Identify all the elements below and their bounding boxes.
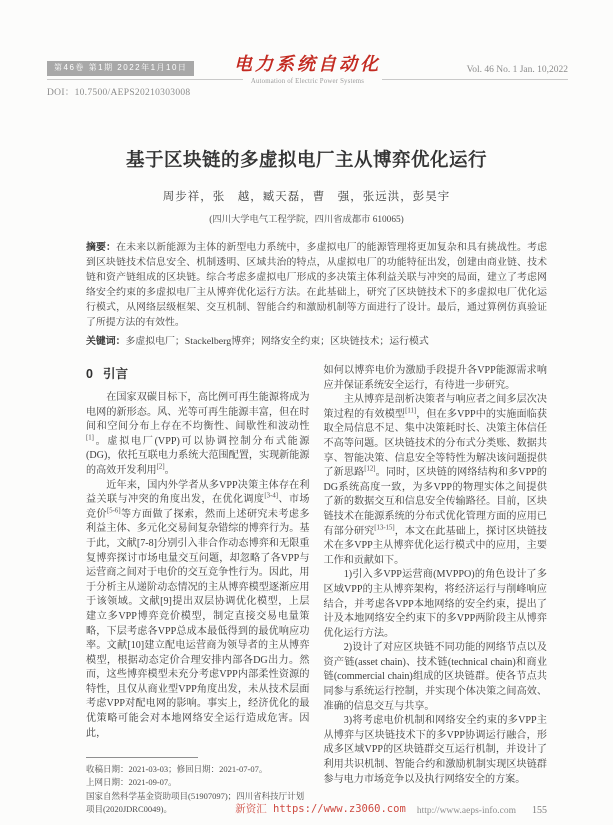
paragraph: 2)设计了对应区块链不同功能的网络节点以及资产链(asset chain)、技术… bbox=[324, 641, 548, 714]
affiliation: (四川大学电气工程学院，四川省成都市 610065) bbox=[0, 211, 613, 225]
footnote-line: 收稿日期：2021-03-03；修回日期：2021-07-07。 bbox=[86, 763, 310, 776]
paragraph: 主从博弈是剖析决策者与响应者之间多层次决策过程的有效模型[11]，但在多VPP中… bbox=[324, 393, 548, 568]
article-title: 基于区块链的多虚拟电厂主从博弈优化运行 bbox=[0, 146, 613, 172]
abstract-label: 摘要： bbox=[86, 242, 116, 253]
journal-logo: 电力系统自动化 Automation of Electric Power Sys… bbox=[198, 55, 418, 85]
reference-superscript: [11] bbox=[405, 407, 416, 414]
footnote-line: 上网日期：2021-09-07。 bbox=[86, 776, 310, 789]
section-heading: 0引言 bbox=[86, 364, 310, 382]
journal-logo-en: Automation of Electric Power Systems bbox=[198, 78, 418, 85]
keywords-label: 关键词： bbox=[86, 336, 126, 347]
reference-superscript: [13-15] bbox=[374, 524, 394, 531]
reference-superscript: [3-4] bbox=[264, 493, 278, 500]
abstract-block: 摘要：在未来以新能源为主体的新型电力系统中，多虚拟电厂的能源管理将更加复杂和具有… bbox=[86, 240, 547, 330]
watermark-text: 新资汇 https://www.z3060.com bbox=[235, 803, 406, 815]
journal-header: 第46卷 第1期 2022年1月10日 DOI：10.7500/AEPS2021… bbox=[47, 58, 568, 108]
reference-superscript: [5-6] bbox=[107, 507, 121, 514]
paragraph: 如何以博弈电价为激励手段提升各VPP能源需求响应并保证系统安全运行，有待进一步研… bbox=[324, 364, 548, 393]
keywords-block: 关键词：多虚拟电厂；Stackelberg博弈；网络安全约束；区块链技术；运行模… bbox=[86, 334, 547, 349]
reference-superscript: [1] bbox=[86, 434, 94, 441]
doi-text: DOI：10.7500/AEPS20210303008 bbox=[47, 84, 190, 98]
journal-logo-cn: 电力系统自动化 bbox=[198, 55, 418, 76]
body-columns: 0引言 在国家双碳目标下，高比例可再生能源将成为电网的新形态。风、光等可再生能源… bbox=[86, 364, 547, 816]
volume-info: Vol. 46 No. 1 Jan. 10,2022 bbox=[467, 65, 568, 75]
left-column: 0引言 在国家双碳目标下，高比例可再生能源将成为电网的新形态。风、光等可再生能源… bbox=[86, 364, 310, 816]
footnote-divider bbox=[86, 757, 198, 758]
right-column: 如何以博弈电价为激励手段提升各VPP能源需求响应并保证系统安全运行，有待进一步研… bbox=[324, 364, 548, 816]
watermark: 新资汇 https://www.z3060.com bbox=[0, 801, 613, 816]
paragraph: 3)将考虑电价机制和网络安全约束的多VPP主从博弈与区块链技术下的多VPP协调运… bbox=[324, 714, 548, 787]
keywords-text: 多虚拟电厂；Stackelberg博弈；网络安全约束；区块链技术；运行模式 bbox=[126, 336, 429, 347]
abstract-text: 在未来以新能源为主体的新型电力系统中，多虚拟电厂的能源管理将更加复杂和具有挑战性… bbox=[86, 242, 547, 328]
section-number: 0 bbox=[86, 367, 93, 381]
paragraph: 近年来，国内外学者从多VPP决策主体存在利益关联与冲突的角度出发，在优化调度[3… bbox=[86, 479, 310, 742]
paragraph: 1)引入多VPP运营商(MVPPO)的角色设计了多区域VPP的主从博弈架构，将经… bbox=[324, 568, 548, 641]
authors-line: 周步祥，张 越，臧天磊，曹 强，张远洪，彭昊宇 bbox=[0, 188, 613, 204]
issue-box: 第46卷 第1期 2022年1月10日 bbox=[47, 61, 194, 76]
reference-superscript: [2] bbox=[157, 464, 165, 471]
paragraph: 在国家双碳目标下，高比例可再生能源将成为电网的新形态。风、光等可再生能源丰富，但… bbox=[86, 391, 310, 479]
section-title: 引言 bbox=[103, 367, 128, 381]
journal-page: 第46卷 第1期 2022年1月10日 DOI：10.7500/AEPS2021… bbox=[0, 0, 613, 825]
reference-superscript: [12] bbox=[364, 466, 375, 473]
